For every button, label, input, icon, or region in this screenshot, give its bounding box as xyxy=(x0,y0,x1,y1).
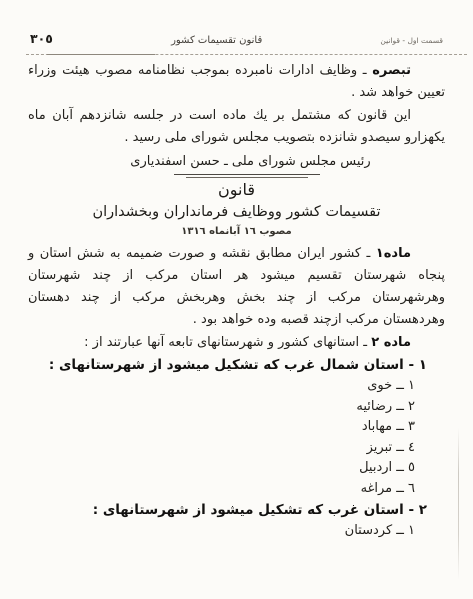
ratification-paragraph: این قانون که مشتمل بر یك ماده است در جلس… xyxy=(28,105,445,149)
article-2-text: ـ استانهای کشور و شهرستانهای تابعه آنها … xyxy=(84,335,367,350)
page-number: ٣٠٥ xyxy=(30,31,53,46)
divider-double-rule xyxy=(174,174,320,178)
province-section-heading-1: ١ - استان شمال غرب که تشکیل میشود از شهر… xyxy=(28,356,445,375)
list-item: ٤ ــ تبریز xyxy=(28,438,445,459)
province-list-1: ١ ــ خوی ٢ ــ رضائیه ٣ ــ مهاباد ٤ ــ تب… xyxy=(28,376,445,499)
document-body: تبصره ـ وظایف ادارات نامبرده بموجب نظامن… xyxy=(28,60,445,542)
scanned-document-page: قسمت اول - قوانین قانون تقسیمات کشور ٣٠٥… xyxy=(0,0,473,599)
list-item: ٢ ــ رضائیه xyxy=(28,397,445,418)
list-item: ٦ ــ مراغه xyxy=(28,479,445,500)
law-title: قانون xyxy=(28,180,445,200)
law-subtitle: تقسیمات کشور ووظایف فرمانداران وبخشداران xyxy=(28,202,445,223)
header-section-label: قسمت اول - قوانین xyxy=(380,36,443,45)
province-section-heading-2: ٢ - استان غرب که تشکیل میشود از شهرستانه… xyxy=(28,501,445,520)
header-rule-dark-segment xyxy=(47,54,155,55)
running-header: قسمت اول - قوانین قانون تقسیمات کشور ٣٠٥ xyxy=(30,31,443,46)
list-item: ١ ــ خوی xyxy=(28,376,445,397)
law-approval-date: مصوب ١٦ آبانماه ١٣١٦ xyxy=(28,225,445,239)
province-list-2: ١ ــ کردستان xyxy=(28,521,445,542)
article-1-paragraph: ماده١ ـ کشور ایران مطابق نقشه و صورت ضمی… xyxy=(28,243,445,331)
list-item: ١ ــ کردستان xyxy=(28,521,445,542)
article-2-label: ماده ٢ xyxy=(371,335,411,350)
header-doc-title: قانون تقسیمات کشور xyxy=(171,35,262,46)
note-label: تبصره xyxy=(372,63,411,78)
article-1-label: ماده١ xyxy=(376,246,411,261)
scan-artifact-line xyxy=(458,428,459,580)
list-item: ٣ ــ مهاباد xyxy=(28,417,445,438)
note-paragraph: تبصره ـ وظایف ادارات نامبرده بموجب نظامن… xyxy=(28,60,445,104)
article-2-paragraph: ماده ٢ ـ استانهای کشور و شهرستانهای تابع… xyxy=(28,332,445,354)
signature-line: رئیس مجلس شورای ملی ـ حسن اسفندیاری xyxy=(42,152,459,171)
list-item: ٥ ــ اردبیل xyxy=(28,458,445,479)
